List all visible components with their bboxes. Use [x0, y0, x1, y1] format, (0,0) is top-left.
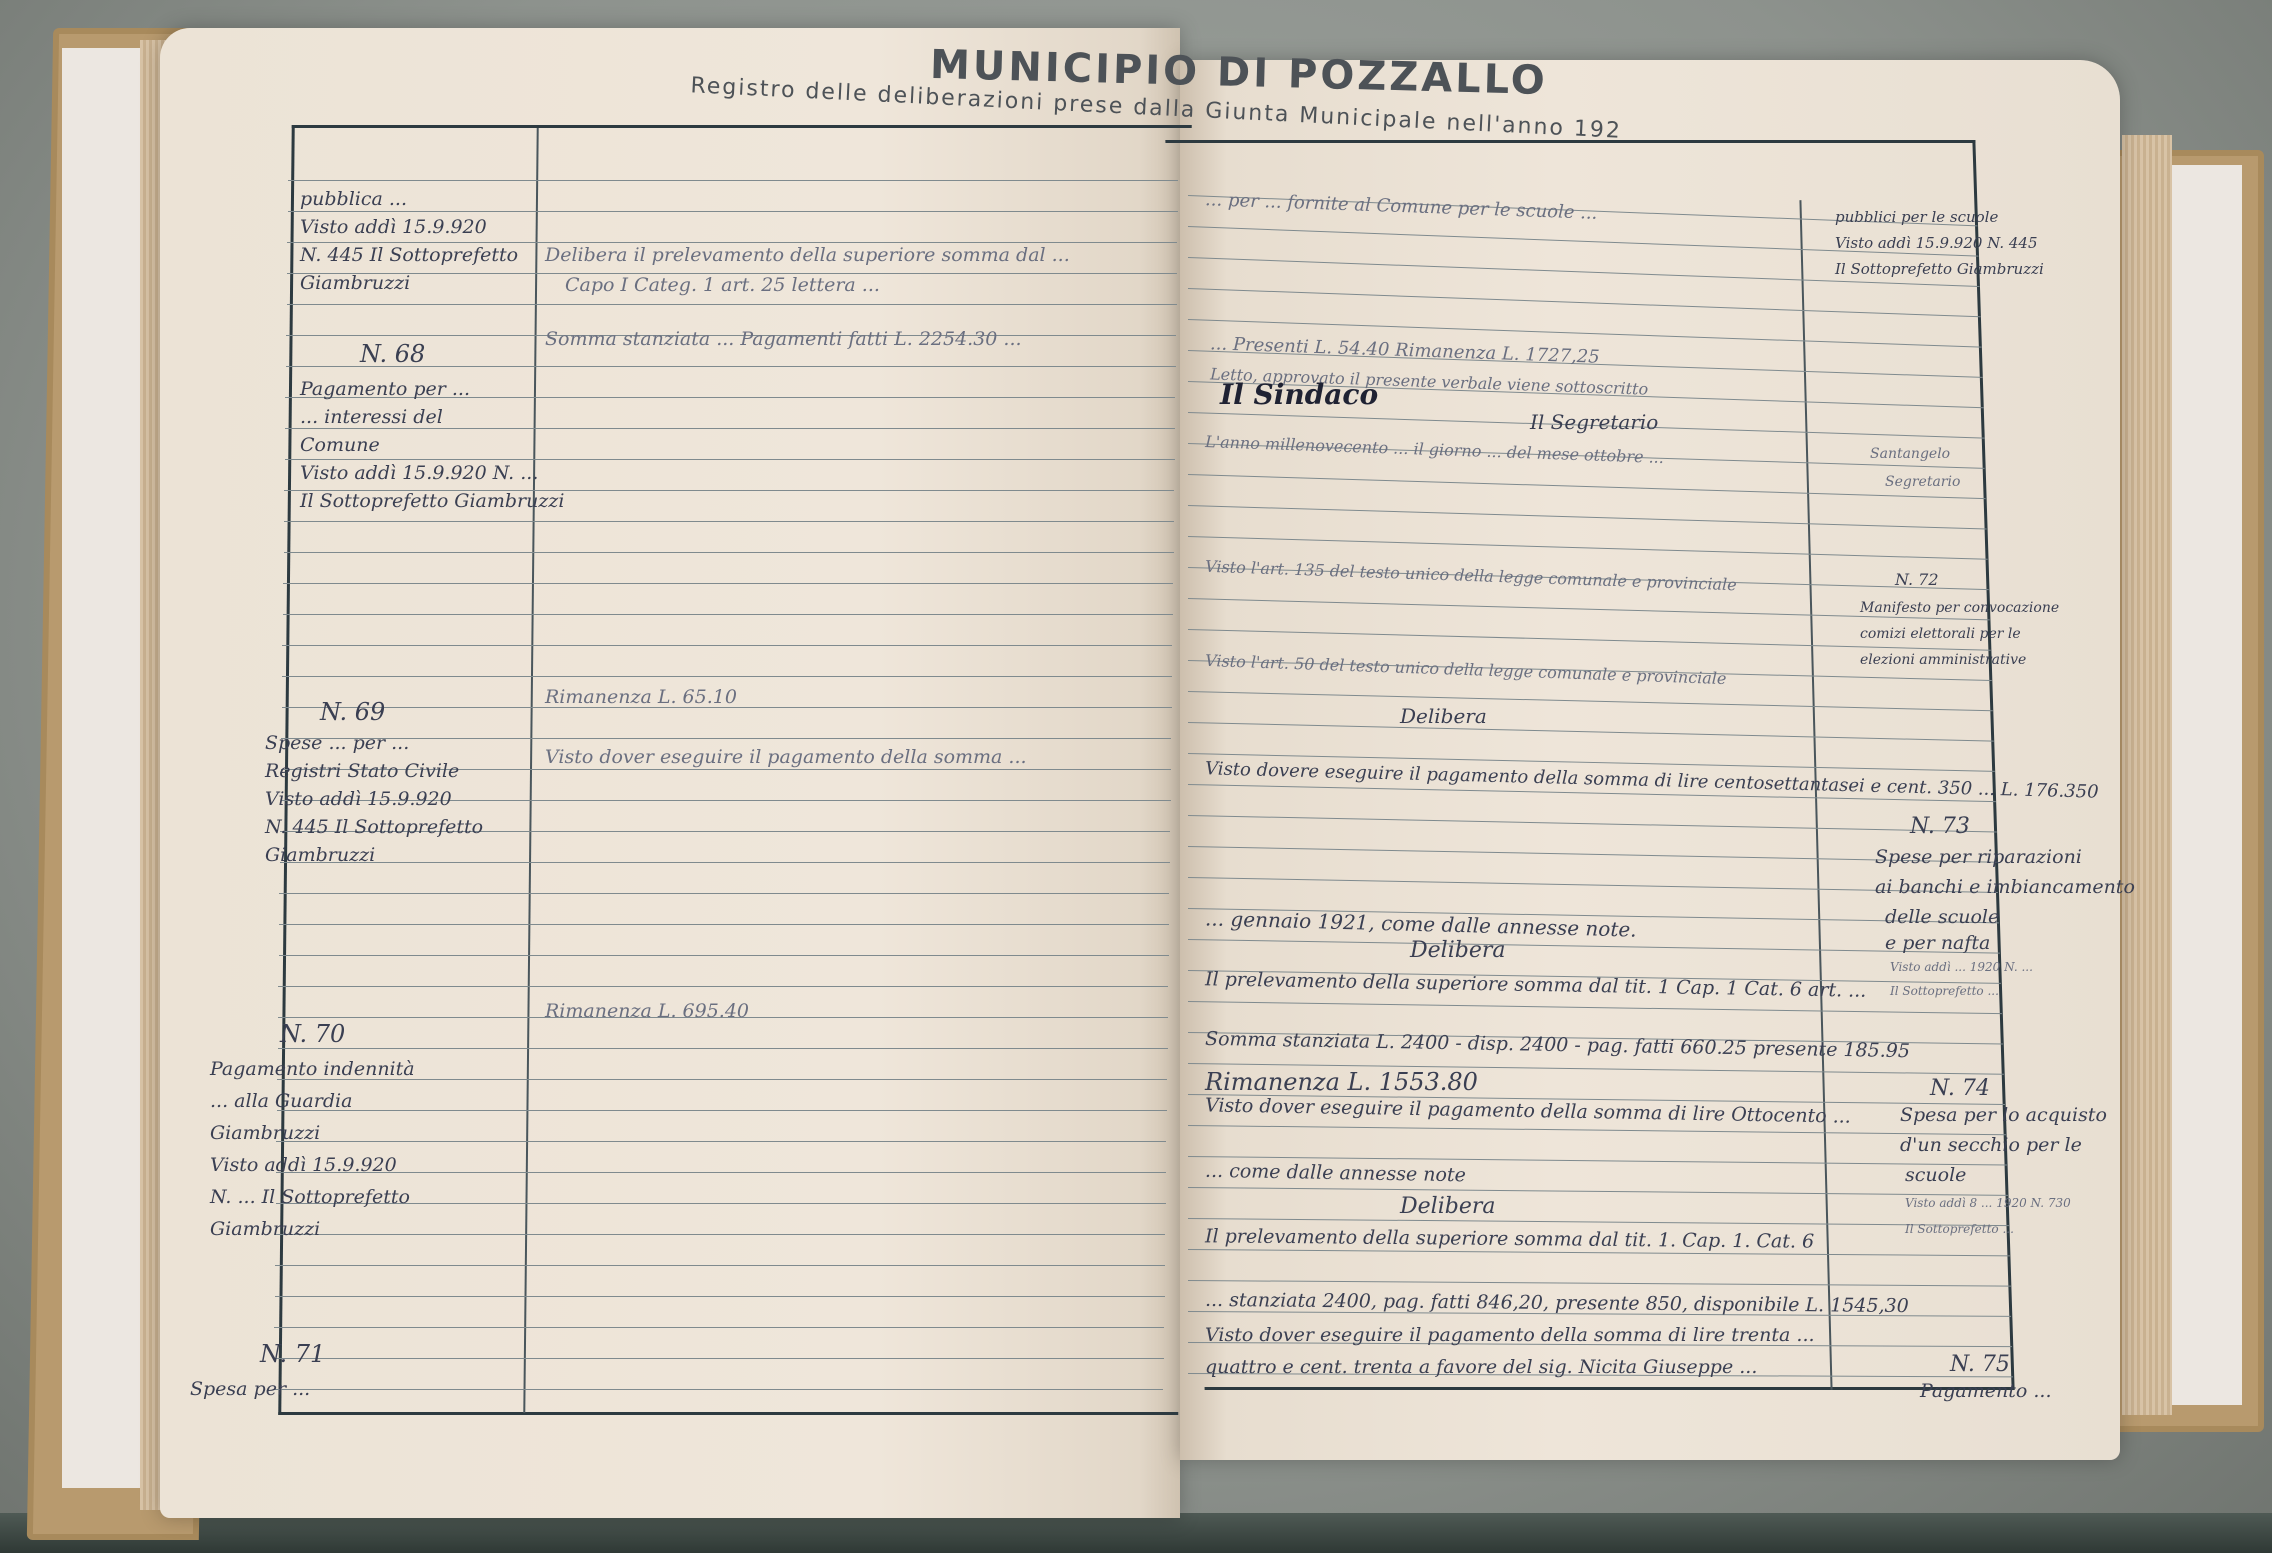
entry-number: N. 71: [260, 1340, 325, 1368]
right-margin-entry-line: Pagamento ...: [1920, 1380, 2051, 1402]
right-margin-entry-line: Segretario: [1885, 474, 1960, 490]
entry-number: N. 72: [1895, 570, 1939, 589]
page-stack-right: [2122, 135, 2172, 1415]
ruled-line: [278, 986, 1168, 987]
signature-sindaco: Il Sindaco: [1220, 378, 1378, 411]
ruled-line: [283, 583, 1173, 584]
ruled-line: [279, 893, 1169, 894]
visto-note: Il Sottoprefetto ...: [1905, 1222, 2014, 1236]
left-margin-entry-line: Giambruzzi: [300, 272, 410, 294]
left-margin-entry-line: Visto addì 15.9.920: [265, 788, 452, 810]
right-margin-entry-line: elezioni amministrative: [1860, 652, 2026, 668]
ruled-line: [274, 1358, 1164, 1359]
ruled-line: [280, 862, 1170, 863]
right-margin-entry-line: comizi elettorali per le: [1860, 626, 2021, 642]
left-margin-entry-line: Visto addì 15.9.920 N. ...: [300, 462, 538, 484]
entry-number: N. 75: [1950, 1352, 2010, 1377]
right-body-text: ... come dalle annesse note: [1205, 1160, 1466, 1187]
left-body-text: Somma stanziata ... Pagamenti fatti L. 2…: [545, 328, 1022, 350]
left-body-text: Rimanenza L. 65.10: [545, 686, 737, 708]
right-body-text: Visto dover eseguire il pagamento della …: [1205, 1324, 1815, 1346]
left-body-text: Capo I Categ. 1 art. 25 lettera ...: [565, 274, 880, 296]
left-margin-entry-line: Giambruzzi: [265, 844, 375, 866]
left-body-text: Visto dover eseguire il pagamento della …: [545, 746, 1027, 768]
left-margin-entry-line: Comune: [300, 434, 380, 456]
ruled-line: [283, 614, 1173, 615]
right-margin-entry-line: Santangelo: [1870, 446, 1950, 462]
right-margin-entry-line: Spesa per lo acquisto: [1900, 1104, 2107, 1126]
ruled-line: [275, 1296, 1165, 1297]
ruled-line: [285, 428, 1175, 429]
ruled-line: [278, 1048, 1168, 1049]
delibera-heading: Delibera: [1410, 938, 1505, 963]
entry-number: N. 74: [1930, 1076, 1990, 1101]
left-body-text: Delibera il prelevamento della superiore…: [545, 244, 1070, 266]
right-margin-entry-line: e per nafta: [1885, 932, 1990, 954]
delibera-heading: Delibera: [1400, 704, 1487, 728]
ruled-line: [287, 304, 1177, 305]
left-margin-entry-line: N. 445 Il Sottoprefetto: [300, 244, 518, 266]
signature-segretario: Il Segretario: [1530, 410, 1658, 434]
ruled-line: [275, 1265, 1165, 1266]
right-margin-entry-line: Visto addì 15.9.920 N. 445: [1835, 234, 2038, 252]
left-margin-entry-line: Giambruzzi: [210, 1122, 320, 1144]
ruled-line: [285, 459, 1175, 460]
left-margin-entry-line: ... alla Guardia: [210, 1090, 352, 1112]
right-margin-entry-line: d'un secchio per le: [1900, 1134, 2082, 1156]
ruled-line: [281, 738, 1171, 739]
left-margin-entry-line: Visto addì 15.9.920: [300, 216, 487, 238]
visto-note: Il Sottoprefetto ...: [1890, 984, 1999, 998]
ruled-line: [273, 1389, 1163, 1390]
entry-number: N. 70: [280, 1020, 345, 1048]
left-margin-entry-line: Registri Stato Civile: [265, 760, 459, 782]
right-margin-entry-line: pubblici per le scuole: [1835, 208, 1998, 226]
left-margin-entry-line: N. ... Il Sottoprefetto: [210, 1186, 410, 1208]
left-body-text: Rimanenza L. 695.40: [545, 1000, 749, 1022]
right-margin-entry-line: ai banchi e imbiancamento: [1875, 876, 2135, 898]
left-margin-entry-line: Spese ... per ...: [265, 732, 409, 754]
left-margin-entry-line: Spesa per ...: [190, 1378, 310, 1400]
right-margin-entry-line: Manifesto per convocazione: [1860, 600, 2059, 616]
right-margin-entry-line: delle scuole: [1885, 906, 1999, 928]
entry-number: N. 73: [1910, 814, 1970, 839]
visto-note: Visto addì 8 ... 1920 N. 730: [1905, 1196, 2071, 1210]
left-margin-entry-line: Pagamento indennità: [210, 1058, 415, 1080]
ruled-line: [288, 211, 1178, 212]
ruled-line: [287, 242, 1177, 243]
left-margin-entry-line: Visto addì 15.9.920: [210, 1154, 397, 1176]
right-margin-entry-line: Spese per riparazioni: [1875, 846, 2082, 868]
right-margin-entry-line: scuole: [1905, 1164, 1966, 1186]
ruled-line: [282, 676, 1172, 677]
ruled-line: [288, 180, 1178, 181]
left-margin-entry-line: N. 445 Il Sottoprefetto: [265, 816, 483, 838]
ruled-line: [284, 552, 1174, 553]
endpaper-left: [62, 48, 142, 1488]
ruled-line: [279, 924, 1169, 925]
entry-number: N. 69: [320, 698, 385, 726]
endpaper-right: [2170, 165, 2242, 1405]
left-margin-entry-line: pubblica ...: [300, 188, 407, 210]
amount-rimanenza: Rimanenza L. 1553.80: [1205, 1068, 1478, 1096]
right-margin-entry-line: Il Sottoprefetto Giambruzzi: [1835, 260, 2044, 278]
ruled-line: [276, 1141, 1166, 1142]
left-margin-entry-line: ... interessi del: [300, 406, 443, 428]
ruled-line: [279, 955, 1169, 956]
visto-note: Visto addì ... 1920 N. ...: [1890, 960, 2033, 974]
delibera-heading: Delibera: [1400, 1194, 1495, 1219]
ruled-line: [274, 1327, 1164, 1328]
ruled-line: [275, 1234, 1165, 1235]
entry-number: N. 68: [360, 340, 425, 368]
left-margin-entry-line: Giambruzzi: [210, 1218, 320, 1240]
ruled-line: [282, 645, 1172, 646]
table-edge: [0, 1513, 2272, 1553]
ruled-line: [276, 1172, 1166, 1173]
left-margin-entry-line: Il Sottoprefetto Giambruzzi: [300, 490, 564, 512]
right-body-text: quattro e cent. trenta a favore del sig.…: [1205, 1356, 1757, 1378]
ruled-line: [284, 521, 1174, 522]
ruled-line: [277, 1110, 1167, 1111]
left-margin-entry-line: Pagamento per ...: [300, 378, 470, 400]
